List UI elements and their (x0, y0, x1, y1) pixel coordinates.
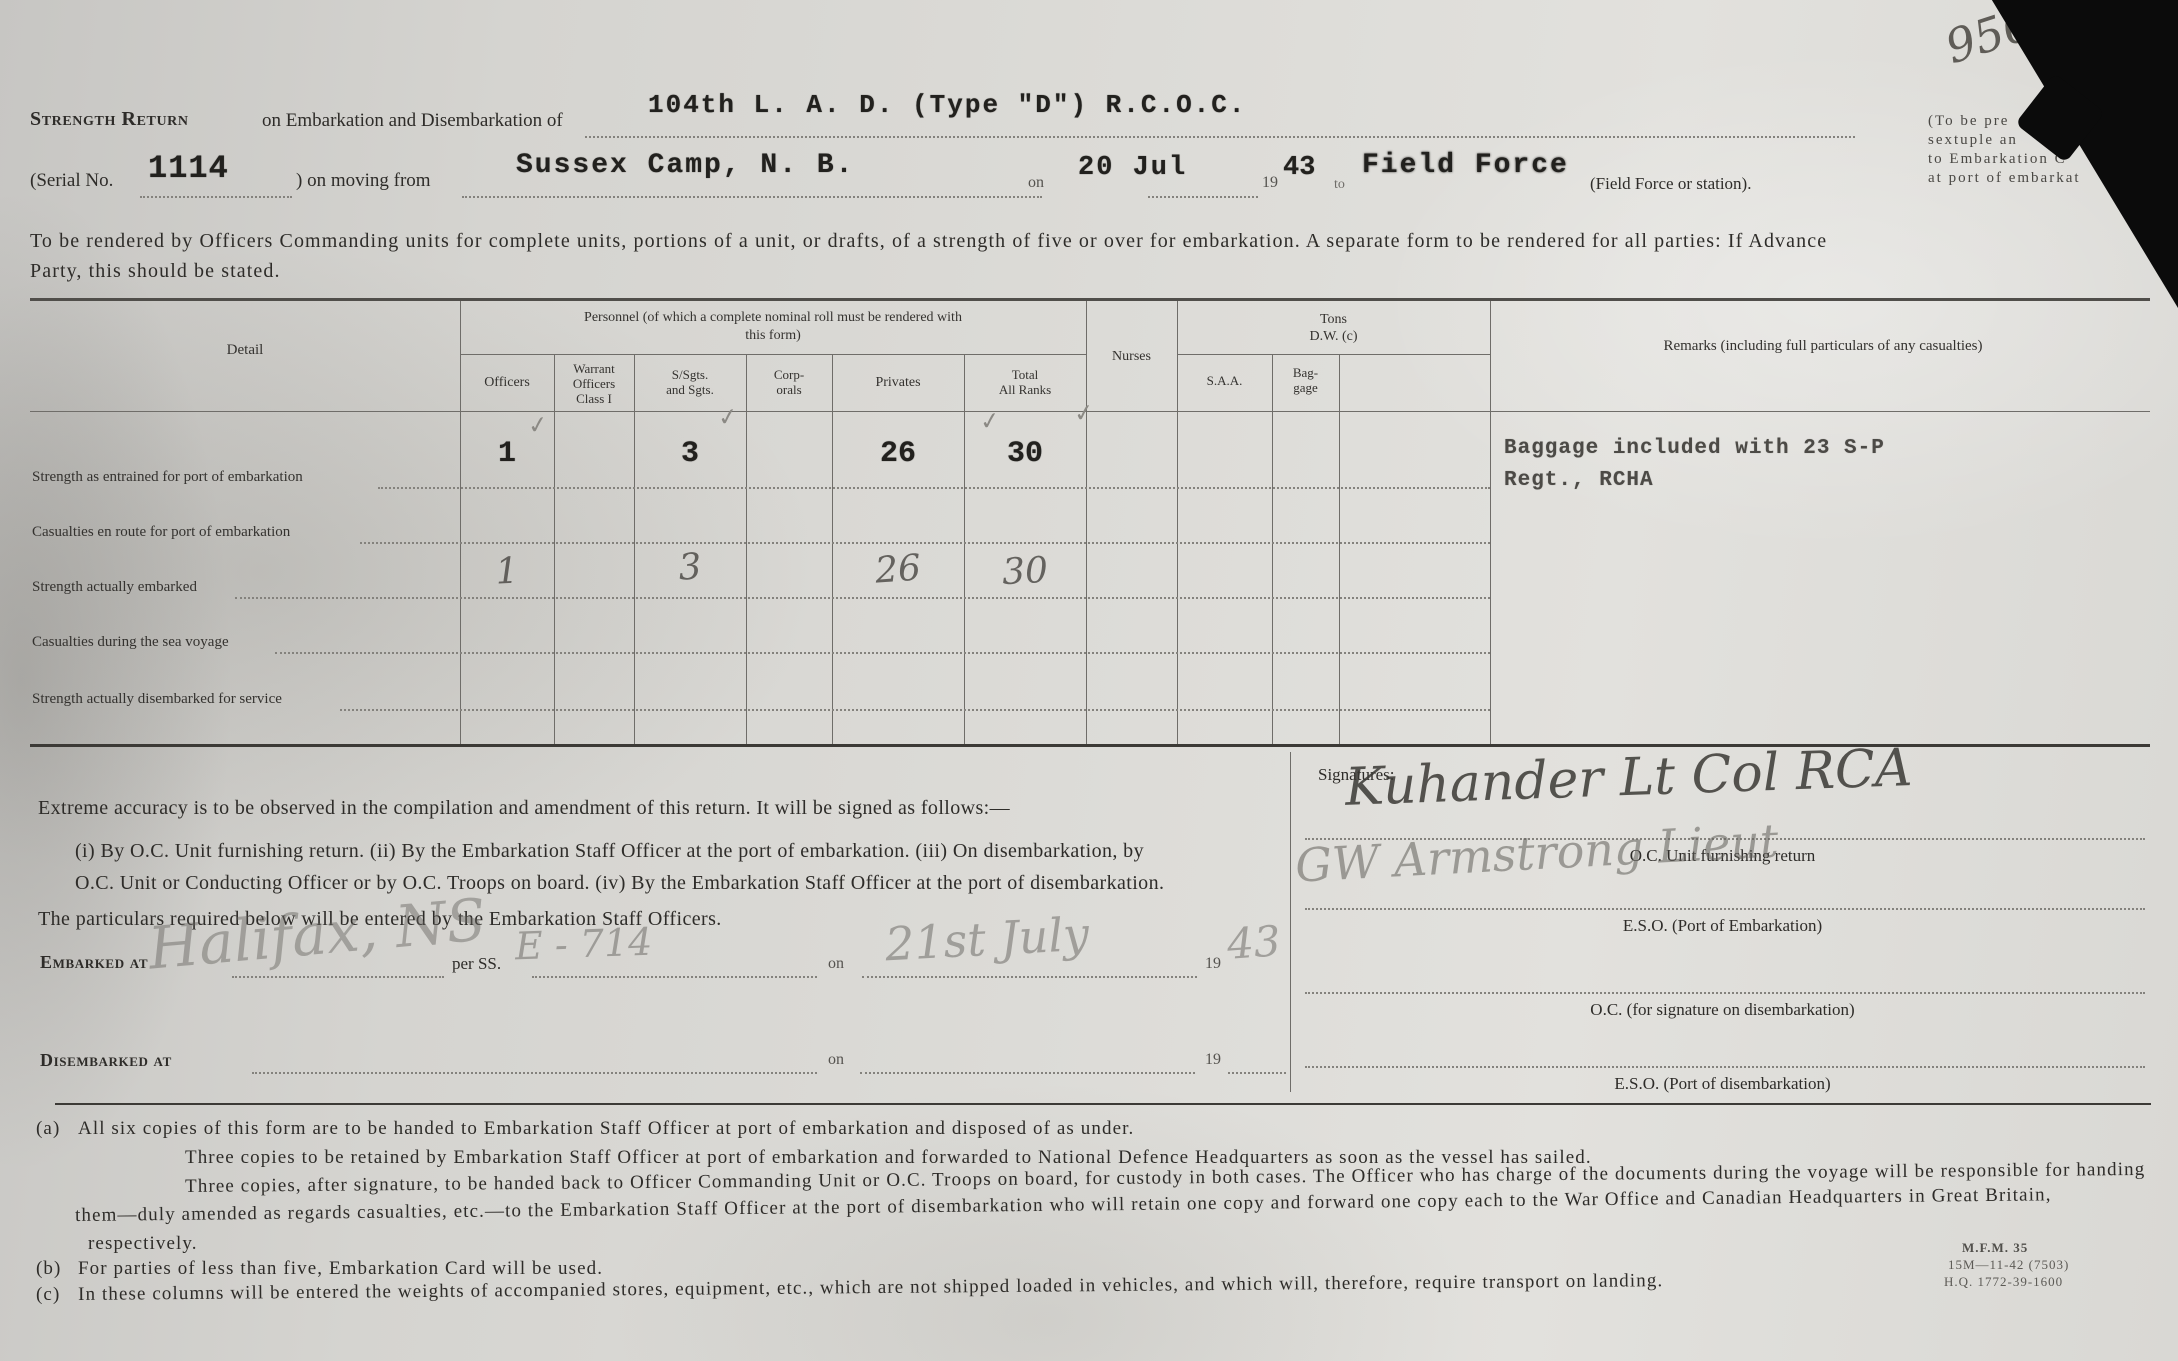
embarked-ssgts-value: 3 (633, 543, 748, 592)
destination-hint: (Field Force or station). (1590, 174, 1751, 194)
eso-embarkation-signature: GW Armstrong Lieut (1294, 813, 1780, 892)
eso-embarkation-role: E.S.O. (Port of Embarkation) (1300, 916, 2145, 936)
footer-divider-line (55, 1103, 2151, 1105)
table-vline (746, 355, 747, 747)
personnel-underline (460, 354, 1086, 355)
pencil-checkmark-icon: ✓ (526, 410, 550, 442)
strength-table: Detail Personnel (of which a complete no… (30, 298, 2150, 749)
on-label: on (1028, 174, 1044, 192)
pencil-checkmark-icon: ✓ (1072, 398, 1096, 430)
table-vline (460, 301, 461, 747)
serial-leader-line (140, 194, 292, 198)
warrant-officers-column-header: Warrant Officers Class I (554, 361, 634, 406)
corporals-column-header: Corp- orals (746, 367, 832, 397)
disembarked-place-leader (252, 1070, 817, 1074)
origin-leader-line (462, 194, 1042, 198)
embarked-on-label: on (828, 955, 844, 973)
note-a-line1: All six copies of this form are to be ha… (78, 1118, 1134, 1140)
row-label-casualties-en-route: Casualties en route for port of embarkat… (32, 524, 290, 541)
ship-number-handwritten: E - 714 (514, 920, 653, 969)
print-ref-mfm: M.F.M. 35 (1962, 1240, 2028, 1256)
unit-name-typed: 104th L. A. D. (Type "D") R.C.O.C. (648, 90, 1247, 120)
disembarked-date-leader (860, 1070, 1195, 1074)
entrained-officers-value: 1 (460, 437, 554, 471)
privates-column-header: Privates (832, 375, 964, 390)
signature-line (1305, 1064, 2145, 1068)
form-title-rest: on Embarkation and Disembarkation of (262, 110, 563, 132)
row-leader (378, 485, 1490, 489)
table-vline (964, 355, 965, 747)
row-label-actually-embarked: Strength actually embarked (32, 579, 197, 596)
row-label-actually-disembarked: Strength actually disembarked for servic… (32, 691, 282, 708)
disembarked-at-label: Disembarked at (40, 1050, 172, 1071)
date-leader-line (1148, 194, 1258, 198)
remarks-typed-entry: Baggage included with 23 S-P Regt., RCHA (1504, 433, 2144, 497)
embarked-officers-value: 1 (459, 549, 555, 595)
entrained-total-value: 30 (964, 437, 1086, 471)
table-vline (1490, 301, 1491, 747)
accuracy-line3: O.C. Unit or Conducting Officer or by O.… (75, 872, 1164, 895)
serial-no-label: (Serial No. (30, 170, 113, 192)
table-vline (1177, 301, 1178, 747)
embarked-date-handwritten: 21st July (884, 907, 1091, 972)
moving-from-label: ) on moving from (296, 170, 431, 192)
accuracy-line2: (i) By O.C. Unit furnishing return. (ii)… (75, 840, 1144, 863)
embarked-total-value: 30 (963, 548, 1087, 595)
personnel-column-header: Personnel (of which a complete nominal r… (462, 309, 1084, 345)
year-typed: 43 (1283, 153, 1315, 183)
embarked-privates-value: 26 (831, 544, 966, 594)
table-vline (1339, 355, 1340, 747)
accuracy-line1: Extreme accuracy is to be observed in th… (38, 797, 1010, 820)
table-vline (832, 355, 833, 747)
print-ref-hq: H.Q. 1772-39-1600 (1944, 1274, 2063, 1290)
embarked-year-handwritten: 43 (1225, 916, 1282, 969)
total-all-ranks-column-header: Total All Ranks (964, 367, 1086, 397)
ship-leader (532, 974, 817, 978)
pencil-checkmark-icon: ✓ (716, 402, 740, 434)
row-leader (360, 540, 1490, 544)
oc-disembarkation-role: O.C. (for signature on disembarkation) (1300, 1000, 2145, 1020)
form-title: Strength Return (30, 108, 189, 131)
nurses-column-header: Nurses (1086, 349, 1177, 364)
scanned-strength-return-form: 956 (To be pre sextuple an to Embarkatio… (0, 0, 2178, 1361)
pencil-checkmark-icon: ✓ (978, 406, 1002, 438)
eso-disembarkation-role: E.S.O. (Port of disembarkation) (1300, 1074, 2145, 1094)
serial-number-typed: 1114 (148, 150, 229, 187)
row-leader (235, 595, 1490, 599)
ssgts-column-header: S/Sgts. and Sgts. (634, 367, 746, 397)
signature-line (1305, 906, 2145, 910)
signatures-panel-border (1290, 752, 1291, 1092)
move-date-typed: 20 Jul (1078, 153, 1187, 183)
tons-dw-column-header: Tons D.W. (c) (1177, 311, 1490, 345)
disembarked-on-label: on (828, 1051, 844, 1069)
embarked-at-label: Embarked at (40, 952, 148, 973)
remarks-column-header: Remarks (including full particulars of a… (1498, 339, 2148, 354)
entrained-privates-value: 26 (832, 437, 964, 471)
unit-name-leader-line (585, 134, 1855, 138)
note-b-text: For parties of less than five, Embarkati… (78, 1258, 603, 1280)
embarked-date-leader (862, 974, 1197, 978)
to-label: to (1334, 177, 1345, 193)
per-ss-label: per SS. (452, 954, 501, 974)
destination-typed: Field Force (1362, 150, 1569, 181)
print-ref-batch: 15M—11-42 (7503) (1948, 1257, 2069, 1273)
note-c-tag: (c) (36, 1284, 60, 1306)
preamble-line1: To be rendered by Officers Commanding un… (30, 230, 1827, 253)
embarked-year-printed: 19 (1205, 955, 1221, 973)
embarked-place-leader (232, 974, 444, 978)
year-printed: 19 (1262, 174, 1278, 192)
row-leader (275, 650, 1490, 654)
note-a-tag: (a) (36, 1118, 60, 1140)
entrained-ssgts-value: 3 (634, 437, 746, 471)
row-label-entrained: Strength as entrained for port of embark… (32, 469, 303, 486)
detail-column-header: Detail (30, 343, 460, 358)
table-vline (1086, 301, 1087, 747)
disembarked-year-leader (1228, 1070, 1286, 1074)
table-vline (554, 355, 555, 747)
note-a-line5: respectively. (88, 1233, 198, 1255)
row-leader (340, 707, 1490, 711)
tons-underline (1177, 354, 1490, 355)
officers-column-header: Officers (460, 375, 554, 390)
oc-unit-signature: Kuhander Lt Col RCA (1344, 738, 1913, 818)
baggage-column-header: Bag- gage (1272, 365, 1339, 395)
note-b-tag: (b) (36, 1258, 61, 1280)
disembarked-year-printed: 19 (1205, 1051, 1221, 1069)
saa-column-header: S.A.A. (1177, 373, 1272, 388)
preamble-line2: Party, this should be stated. (30, 260, 281, 283)
row-label-casualties-sea-voyage: Casualties during the sea voyage (32, 634, 229, 651)
origin-typed: Sussex Camp, N. B. (516, 150, 854, 181)
embarked-place-handwritten: Halifax, NS (146, 885, 489, 982)
table-vline (1272, 355, 1273, 747)
signature-line (1305, 990, 2145, 994)
